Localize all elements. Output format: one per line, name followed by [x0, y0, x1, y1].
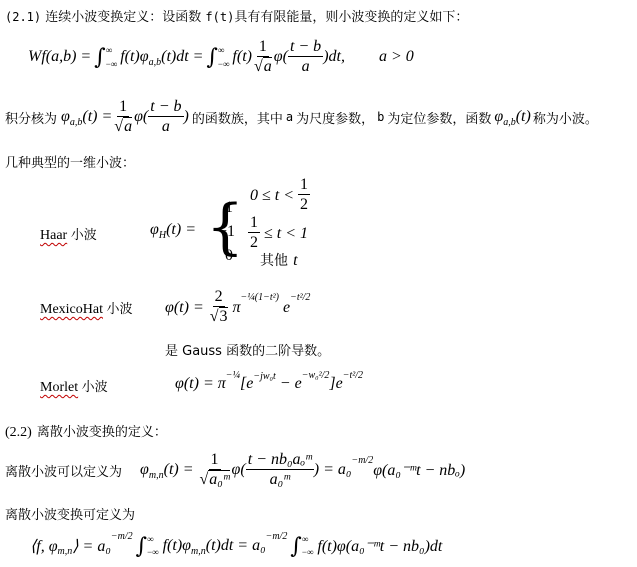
radicand: a [263, 57, 272, 75]
var-b: b [377, 110, 384, 124]
integral-sign: ∫ [136, 534, 147, 559]
case-value: −1 [218, 223, 235, 241]
integral-2: ∫ ∞ −∞ [290, 533, 313, 559]
inner-product: ⟨f, φ [30, 536, 58, 556]
exponent: −¼ [226, 370, 240, 381]
mexicohat-formula: φ(t) = 2 √3 π −¼(1−t²) e −t²/2 [165, 285, 310, 330]
term: (t) = [166, 221, 196, 238]
lower-limit: −∞ [302, 546, 314, 559]
numerator: 1 [298, 176, 310, 195]
denominator: √a [112, 117, 134, 137]
integral-sign: ∫ [94, 45, 105, 70]
phi: φ [150, 221, 159, 238]
integral-2: ∫ ∞ −∞ [206, 43, 229, 71]
lower-limit: −∞ [218, 57, 230, 71]
heading-text: 连续小波变换定义：设函数 [45, 10, 201, 25]
term: ]e [329, 375, 342, 393]
kernel-desc: 为尺度参数， [296, 108, 374, 127]
heading-text-rest: 具有有限能量，则小波变换的定义如下： [234, 10, 468, 25]
subscript: m,n [191, 546, 206, 557]
term: ⟩ = a₀ [72, 536, 111, 556]
term: f(t)φ [120, 48, 148, 66]
mexicohat-label: MexicoHat 小波 [40, 298, 133, 318]
discrete-wavelet-def: 离散小波可以定义为 φm,n(t) = 1 √a₀ᵐ φ( t − nb₀aₒᵐ… [5, 445, 465, 495]
upper-limit: ∞ [147, 533, 159, 546]
case-condition-3: 其他 t [260, 250, 298, 270]
numerator: 2 [213, 288, 225, 307]
kernel-desc: 称为小波。 [533, 108, 598, 127]
numerator: 1 [248, 214, 260, 233]
mexicohat-note: 是 Gauss 函数的二阶导数。 [165, 340, 330, 359]
formula-lhs: φ(t) = [175, 375, 214, 393]
subscript: a,b [503, 117, 516, 128]
case-value: 0 [225, 247, 233, 265]
section-2-1-heading: (2.1) 连续小波变换定义：设函数 f(t)具有有限能量，则小波变换的定义如下… [5, 6, 468, 25]
exponent: −m/2 [351, 455, 373, 466]
exponent: −¼(1−t²) [241, 292, 279, 303]
numerator: 1 [117, 98, 129, 117]
numerator: t − b [148, 98, 183, 117]
case-condition-1: 0 ≤ t < 1 2 [250, 176, 310, 215]
condition: a > 0 [379, 48, 414, 66]
euler-e: e [283, 299, 290, 317]
fraction: 1 2 [248, 214, 260, 253]
fraction: t − b a [148, 98, 183, 137]
exponent: −t²/2 [290, 292, 310, 303]
integral-sign: ∫ [290, 534, 301, 559]
wavelet-cn: 小波 [71, 228, 97, 243]
discrete-label: 离散小波可以定义为 [5, 461, 122, 480]
section-number: (2.2) [5, 425, 32, 440]
var-a: a [286, 110, 293, 124]
fraction: 1 √a [252, 38, 274, 77]
heading-text: 离散小波变换的定义： [37, 425, 167, 440]
exponent: −m/2 [266, 531, 288, 542]
term: ) [184, 108, 189, 126]
numerator: 1 [257, 38, 269, 57]
denominator: a [160, 117, 172, 137]
term: (t) [516, 108, 531, 126]
term: f(t)φ [163, 537, 191, 555]
denominator: √a₀ᵐ [198, 470, 232, 490]
condition: ≤ t < 1 [264, 225, 308, 243]
phi: φ [140, 461, 149, 479]
subscript: m,n [149, 470, 164, 481]
subscript: a,b [149, 57, 162, 68]
phi: φ [494, 108, 503, 126]
term: (t) = [82, 108, 112, 126]
denominator: a [300, 57, 312, 77]
transform-label: 离散小波变换可定义为 [5, 504, 135, 523]
term: (t)dt = [161, 48, 203, 66]
term: (t)dt = a₀ [206, 537, 266, 555]
denominator: a₀ᵐ [268, 470, 292, 490]
exponent: −w₀²/2 [302, 370, 330, 381]
upper-limit: ∞ [106, 43, 118, 57]
exponent: −m/2 [111, 531, 133, 542]
upper-limit: ∞ [218, 43, 230, 57]
radicand: a [123, 117, 132, 135]
phi: φ( [134, 108, 148, 126]
radicand: a₀ᵐ [208, 470, 229, 488]
term: f(t) [232, 48, 252, 66]
morlet-label: Morlet 小波 [40, 376, 108, 396]
wavelet-cn: 小波 [106, 302, 132, 317]
radicand: 3 [219, 307, 228, 325]
term: )dt, [323, 48, 345, 66]
wavelet-name: MexicoHat [40, 302, 103, 317]
integral-sign: ∫ [206, 45, 217, 70]
formula-lhs: Wf(a,b) = [28, 48, 91, 66]
wavelet-cn: 小波 [82, 380, 108, 395]
subscript: H [159, 230, 166, 241]
haar-lhs: φH(t) = [150, 219, 196, 239]
formula-cwt: Wf(a,b) = ∫ ∞ −∞ f(t)φa,b(t)dt = ∫ ∞ −∞ … [28, 36, 414, 78]
exponent: −t²/2 [343, 370, 363, 381]
fraction: 1 2 [298, 176, 310, 215]
subscript: a,b [70, 117, 83, 128]
case-value: 1 [225, 199, 233, 217]
fraction: t − nb₀aₒᵐ a₀ᵐ [246, 451, 314, 490]
discrete-transform-formula: ⟨f, φm,n⟩ = a₀ −m/2 ∫ ∞ −∞ f(t)φm,n(t)dt… [30, 528, 442, 564]
term: [e [240, 375, 253, 393]
typical-wavelets-heading: 几种典型的一维小波： [5, 152, 135, 171]
fraction: 1 √a [112, 98, 134, 137]
wavelet-name: Haar [40, 228, 67, 243]
section-2-2-heading: (2.2) 离散小波变换的定义： [5, 421, 167, 441]
wavelet-name: Morlet [40, 380, 78, 395]
upper-limit: ∞ [302, 533, 314, 546]
pi: π [218, 375, 226, 393]
phi: φ [61, 108, 70, 126]
numerator: t − nb₀aₒᵐ [246, 451, 314, 470]
denominator: 2 [248, 233, 260, 253]
term: f(t)φ(a₀⁻ᵐt − nb₀)dt [317, 536, 442, 556]
numerator: t − b [288, 38, 323, 57]
condition: 0 ≤ t < [250, 187, 294, 205]
function-name: f(t) [205, 10, 234, 24]
integral-1: ∫ ∞ −∞ [94, 43, 117, 71]
fraction: 2 √3 [208, 288, 230, 327]
haar-label: Haar 小波 [40, 224, 97, 244]
var-t: t [293, 252, 297, 269]
term: ) = a₀ [314, 461, 352, 479]
numerator: 1 [209, 451, 221, 470]
term: (t) = [164, 461, 194, 479]
morlet-formula: φ(t) = π −¼ [e −jw₀t − e −w₀²/2 ]e −t²/2 [175, 365, 363, 403]
integral-1: ∫ ∞ −∞ [136, 533, 159, 559]
kernel-desc: 为定位参数，函数 [387, 108, 491, 127]
otherwise-text: 其他 [260, 253, 288, 269]
fraction: t − b a [288, 38, 323, 77]
kernel-prefix: 积分核为 [5, 108, 57, 127]
denominator: √3 [208, 307, 230, 327]
lower-limit: −∞ [106, 57, 118, 71]
case-condition-2: 1 2 ≤ t < 1 [248, 214, 308, 253]
kernel-desc: 的函数族，其中 [192, 108, 283, 127]
kernel-definition: 积分核为 φa,b(t) = 1 √a φ( t − b a ) 的函数族，其中… [5, 92, 598, 142]
term: − e [280, 375, 302, 393]
formula-lhs: φ(t) = [165, 299, 204, 317]
phi: φ( [274, 48, 288, 66]
lower-limit: −∞ [147, 546, 159, 559]
term: φ(a₀⁻ᵐt − nbₒ) [373, 460, 465, 480]
subscript: m,n [58, 546, 73, 557]
denominator: √a [252, 57, 274, 77]
denominator: 2 [298, 195, 310, 215]
section-number: (2.1) [5, 10, 41, 24]
phi: φ( [232, 461, 246, 479]
note-text: 是 Gauss 函数的二阶导数。 [165, 344, 330, 359]
fraction: 1 √a₀ᵐ [198, 451, 232, 490]
exponent: −jw₀t [253, 371, 275, 382]
pi: π [233, 299, 241, 317]
